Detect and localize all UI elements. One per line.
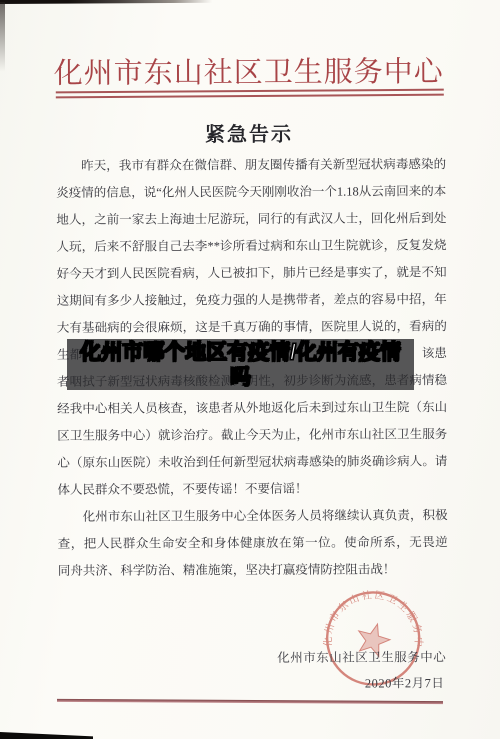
notice-line: 大有基础病的会很麻烦，这是千真万确的事情，医院里人说的，看病的医 (57, 313, 447, 342)
notice-line: 心（原东山医院）未收治到任何新型冠状病毒感染的肺炎确诊病人。请全 (57, 448, 447, 477)
caption-line-1: 化州市哪个地区有疫情/化州有疫情 (80, 340, 401, 365)
caption-overlay: 化州市哪个地区有疫情/化州有疫情 吗 (67, 339, 414, 390)
org-title: 化州市东山社区卫生服务中心 (0, 49, 499, 92)
notice-line: 经我中心相关人员核查，该患者从外地返化后未到过东山卫生院（东山社 (57, 394, 447, 423)
notice-line: 炎疫情的信息，说“化州人民医院今天刚刚收治一个1.18从云南回来的本 (56, 178, 446, 207)
notice-heading: 紧急告示 (0, 117, 499, 148)
notice-line: 体人民群众不要恐慌，不要传谣！不要信谣！ (57, 475, 447, 504)
scan-edge-left-mark (0, 2, 5, 72)
notice-line: 好今天才到人民医院看病，人已被扣下，肺片已经是事实了，就是不知道 (57, 259, 447, 288)
signature-date: 2020年2月7日 (365, 673, 445, 691)
notice-line: 区卫生服务中心）就诊治疗。截止今天为止，化州市东山社区卫生服务中 (57, 421, 447, 450)
notice-line: 化州市东山社区卫生服务中心全体医务人员将继续认真负责，积极排 (58, 502, 448, 531)
scanned-notice-photo: 化州市东山社区卫生服务中心 紧急告示 昨天，我市有群众在微信群、朋友圈传播有关新… (0, 0, 500, 739)
notice-line: 查，把人民群众生命安全和身体健康放在第一位。使命所系，无畏逆行， (58, 529, 448, 558)
notice-line: 同舟共济、科学防治、精准施策，坚决打赢疫情防控阻击战！ (58, 556, 448, 585)
notice-line-fragment-right: 该患 (422, 340, 447, 367)
caption-line-2: 吗 (230, 365, 251, 390)
notice-line: 昨天，我市有群众在微信群、朋友圈传播有关新型冠状病毒感染的肺 (56, 151, 446, 180)
notice-line: 这期间有多少人接触过，免疫力强的人是携带者，差点的容易中招，年龄 (57, 286, 447, 315)
signature-org: 化州市东山社区卫生服务中心 (277, 647, 446, 666)
notice-line: 地人，之前一家去上海迪士尼游玩，同行的有武汉人士，回化州后到处约 (56, 205, 446, 234)
notice-line: 人玩，后来不舒服自己去李**诊所看过病和东山卫生院就诊，反复发烧不 (56, 232, 446, 261)
title-underline (56, 89, 444, 99)
